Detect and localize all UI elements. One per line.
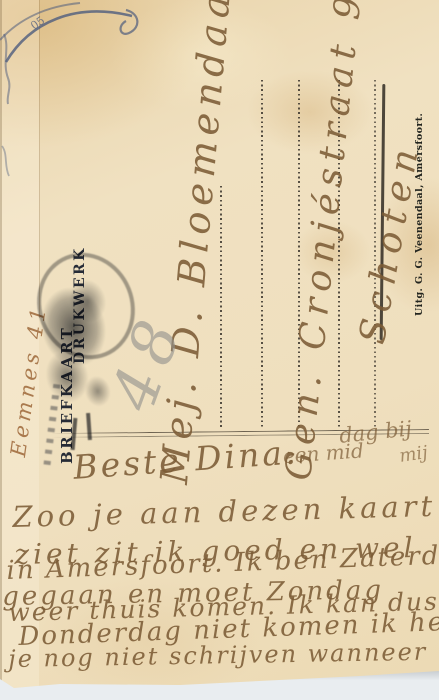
address-rule-1 bbox=[220, 186, 222, 428]
address-rule-2 bbox=[261, 80, 263, 428]
message-line: Zoo je aan dezen kaart bbox=[12, 489, 437, 534]
message-line: je nog niet schrijven wanneer bbox=[8, 638, 428, 673]
handwritten-address-line-2: Gen. Cronjéstraat 98 bbox=[278, 0, 373, 482]
postcard-paper: BRIEFKAART DRUKWERK Uitg. G. G. Veenenda… bbox=[0, 0, 439, 692]
message-greeting: Beste Dina. bbox=[72, 432, 300, 487]
postmark-top-left-icon: 05 bbox=[0, 0, 150, 190]
scanned-postcard-back: BRIEFKAART DRUKWERK Uitg. G. G. Veenenda… bbox=[0, 0, 439, 700]
overflow-fragment: mij bbox=[398, 442, 429, 467]
